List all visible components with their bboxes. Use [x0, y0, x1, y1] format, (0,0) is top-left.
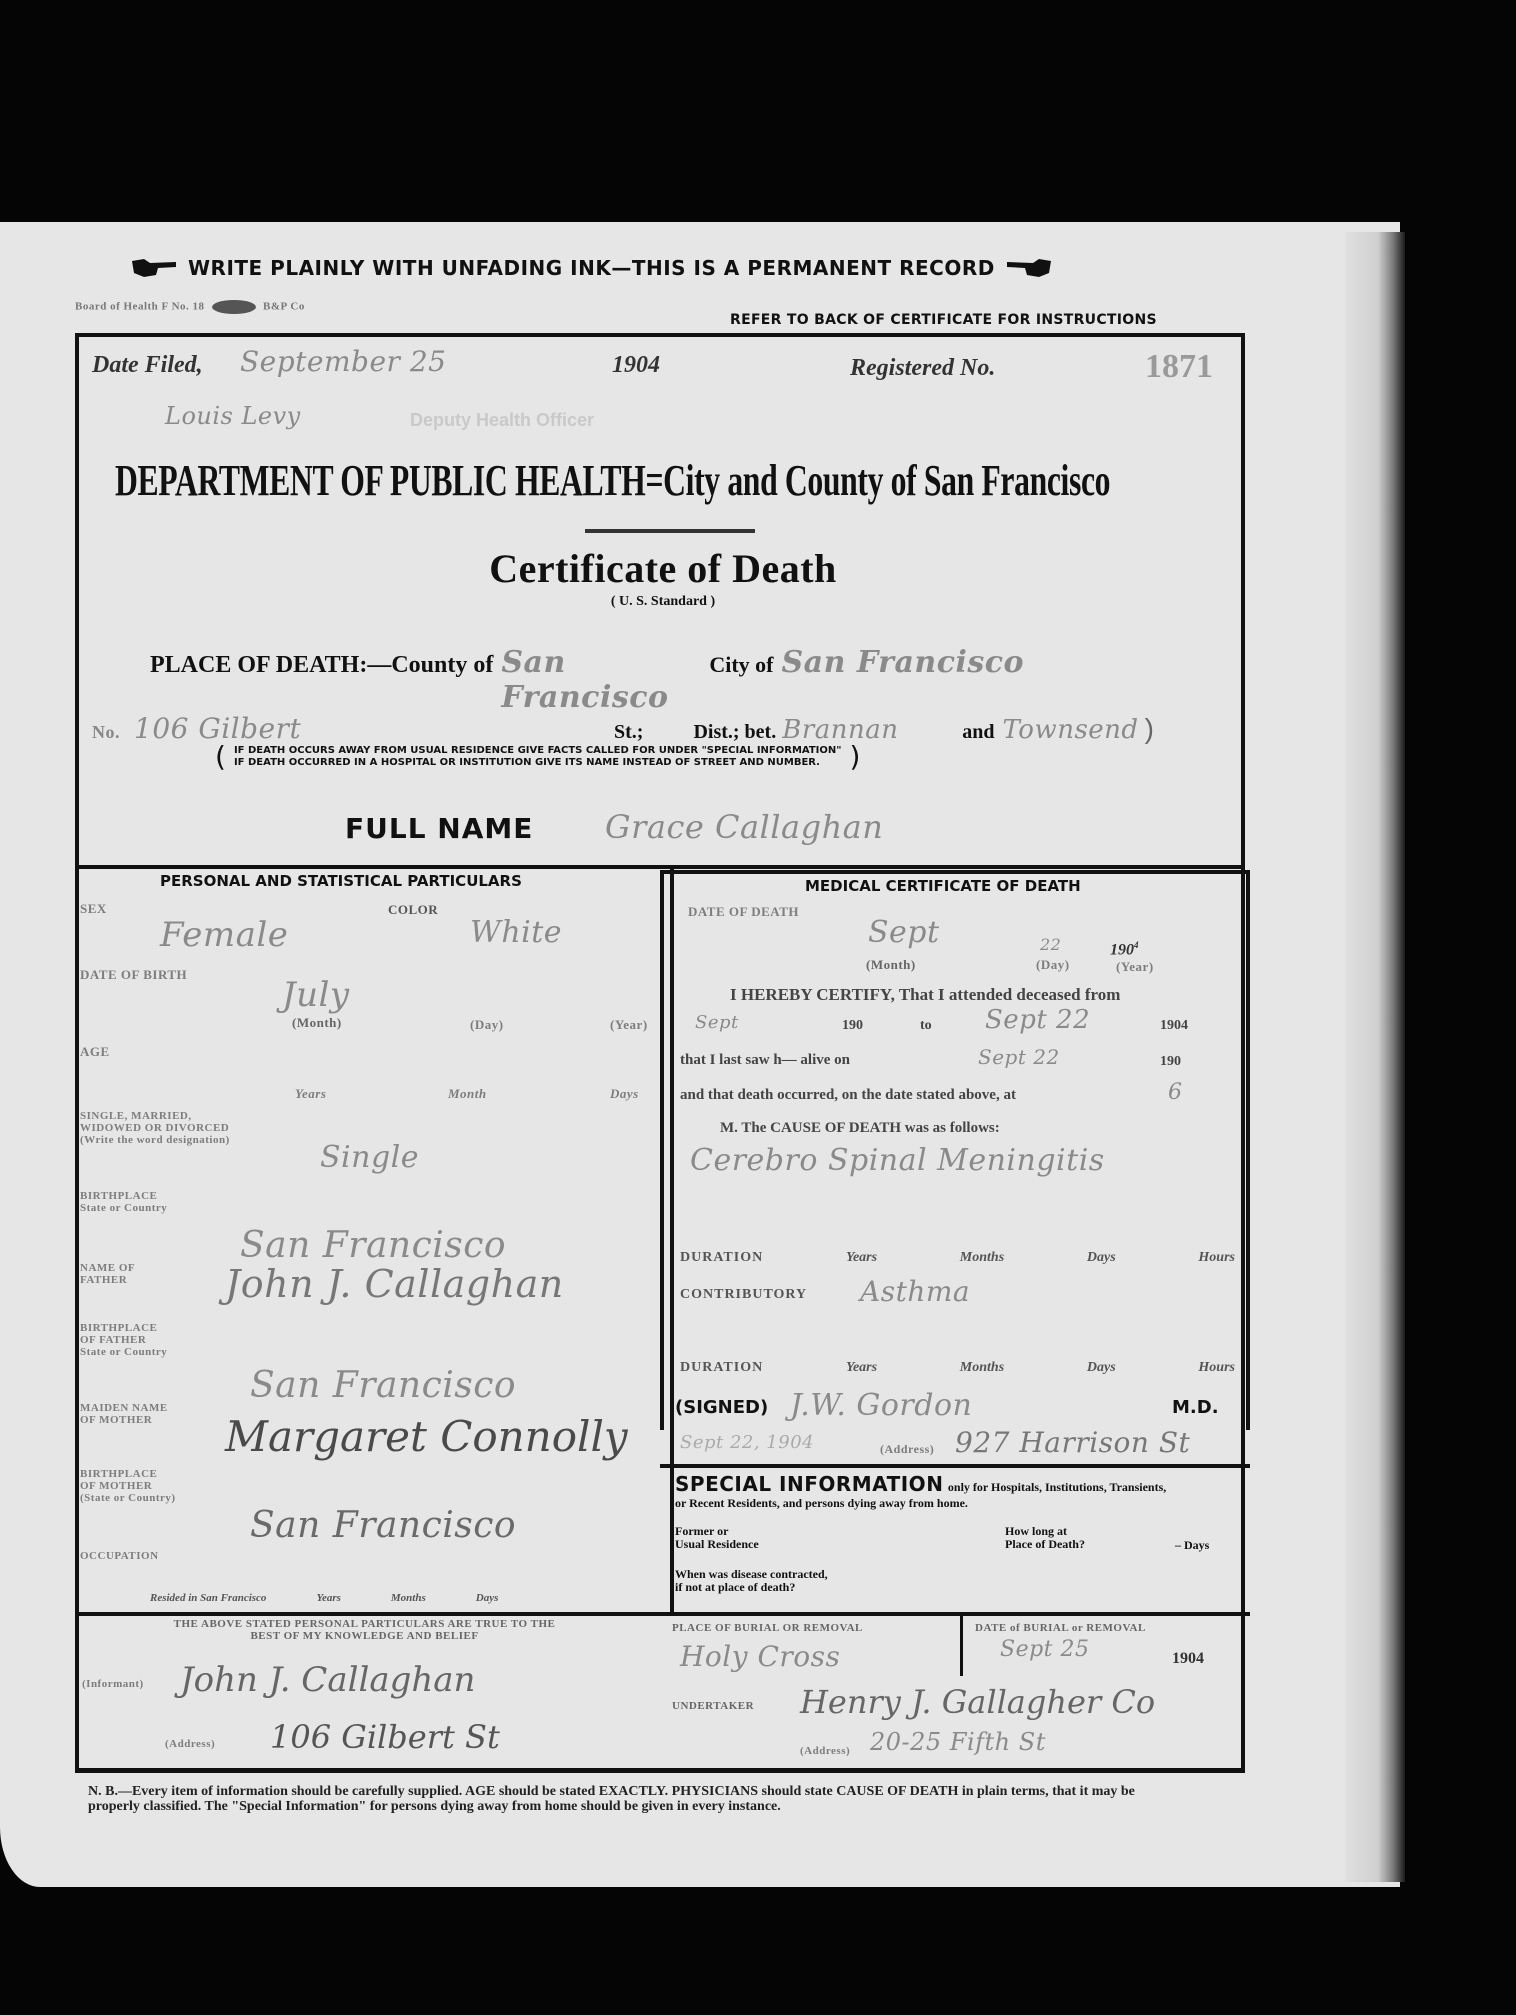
physician-signature: J.W. Gordon: [790, 1388, 972, 1423]
marital-label: SINGLE, MARRIED, WIDOWED OR DIVORCED (Wr…: [80, 1110, 230, 1146]
mother-value: Margaret Connolly: [225, 1412, 628, 1461]
mother-label: MAIDEN NAME OF MOTHER: [80, 1402, 168, 1426]
attended-to: Sept 22: [985, 1005, 1090, 1035]
cross-street-1: Brannan: [782, 715, 942, 745]
printer-name: B&P Co: [263, 301, 305, 313]
residence-note: ( IF DEATH OCCURS AWAY FROM USUAL RESIDE…: [215, 745, 860, 769]
undertaker-label: UNDERTAKER: [672, 1700, 754, 1713]
physician-address-label: (Address): [880, 1443, 934, 1456]
father-label: NAME OF FATHER: [80, 1262, 135, 1286]
informant-name: John J. Callaghan: [180, 1660, 475, 1700]
special-divider: [660, 1464, 1250, 1468]
attended-from-year: 190: [842, 1018, 863, 1034]
personal-heading: PERSONAL AND STATISTICAL PARTICULARS: [160, 872, 522, 890]
city-label: City of: [709, 652, 773, 678]
informant-label: (Informant): [82, 1678, 144, 1691]
date-filed-value: September 25: [240, 345, 446, 378]
informant-address: 106 Gilbert St: [270, 1718, 500, 1756]
registrar-signature: Louis Levy: [165, 402, 301, 430]
undertaker-name: Henry J. Gallagher Co: [800, 1683, 1155, 1721]
place-of-death-row: PLACE OF DEATH:—County of San Francisco …: [150, 645, 1024, 715]
color-value: White: [470, 915, 562, 950]
section-divider: [75, 865, 1245, 869]
county-value: San Francisco: [501, 645, 701, 715]
residence-note-line2: IF DEATH OCCURRED IN A HOSPITAL OR INSTI…: [234, 757, 842, 769]
death-day-label: (Day): [1036, 958, 1070, 971]
resided-months-label: Months: [391, 1592, 426, 1604]
contributory-label: CONTRIBUTORY: [680, 1287, 807, 1303]
sign-date: Sept 22, 1904: [680, 1432, 814, 1453]
district-label: Dist.; bet.: [693, 721, 776, 744]
burial-year: 1904: [1172, 1650, 1204, 1668]
cause-intro: M. The CAUSE OF DEATH was as follows:: [720, 1120, 1000, 1137]
burial-column-divider: [960, 1616, 963, 1676]
registered-number: 1871: [1145, 348, 1213, 386]
deputy-stamp: Deputy Health Officer: [410, 410, 594, 431]
last-saw-year: 190: [1160, 1054, 1181, 1070]
bottom-rule: [75, 1768, 1245, 1773]
closing-paren: ): [1145, 713, 1154, 745]
marital-value: Single: [320, 1140, 419, 1175]
certificate-title: Certificate of Death: [0, 545, 1326, 592]
mother-birthplace-value: San Francisco: [250, 1505, 516, 1546]
death-month-label: (Month): [866, 958, 916, 971]
age-days-label: Days: [610, 1087, 639, 1100]
father-value: John J. Callaghan: [225, 1262, 564, 1306]
department-title: DEPARTMENT OF PUBLIC HEALTH=City and Cou…: [115, 455, 1225, 506]
age-months-label: Month: [448, 1087, 487, 1100]
signed-label: (SIGNED): [675, 1397, 768, 1418]
cause-of-death: Cerebro Spinal Meningitis: [690, 1143, 1105, 1178]
and-label: and: [962, 721, 994, 744]
dob-day-label: (Day): [470, 1018, 504, 1031]
death-month: Sept: [868, 915, 940, 950]
burial-place: Holy Cross: [680, 1640, 840, 1673]
death-year: 1904: [1110, 940, 1139, 959]
death-year-label: (Year): [1116, 960, 1154, 973]
informant-address-label: (Address): [165, 1738, 215, 1751]
instructions-note: REFER TO BACK OF CERTIFICATE FOR INSTRUC…: [730, 312, 1157, 328]
residence-note-line1: IF DEATH OCCURS AWAY FROM USUAL RESIDENC…: [234, 745, 842, 757]
disease-contracted-label: When was disease contracted, if not at p…: [675, 1568, 828, 1594]
burial-date-label: DATE of BURIAL or REMOVAL: [975, 1622, 1146, 1635]
place-of-death-label: PLACE OF DEATH:—County of: [150, 652, 493, 679]
physician-address: 927 Harrison St: [955, 1426, 1190, 1459]
close-paren: ): [849, 751, 860, 763]
dob-year-label: (Year): [610, 1018, 648, 1031]
address-row: No. 106 Gilbert St.; Dist.; bet. Brannan…: [92, 712, 1154, 745]
street-value: 106 Gilbert: [134, 712, 494, 745]
resided-days-label: Days: [476, 1592, 499, 1604]
street-label: St.;: [614, 721, 643, 744]
father-birthplace-value: San Francisco: [250, 1365, 516, 1406]
filed-year: 1904: [612, 352, 660, 379]
cross-street-2: Townsend: [1002, 715, 1138, 745]
certify-text: I HEREBY CERTIFY, That I attended deceas…: [730, 985, 1120, 1005]
burial-place-label: PLACE OF BURIAL OR REMOVAL: [672, 1622, 863, 1635]
last-saw-date: Sept 22: [978, 1045, 1060, 1069]
dob-label: DATE OF BIRTH: [80, 968, 187, 981]
days-label: – Days: [1175, 1538, 1209, 1553]
dob-month-label: (Month): [292, 1016, 342, 1029]
former-residence-label: Former or Usual Residence: [675, 1525, 759, 1551]
age-years-label: Years: [295, 1087, 326, 1100]
footnote-text: Every item of information should be care…: [88, 1784, 1135, 1814]
death-day: 22: [1040, 935, 1061, 954]
color-label: COLOR: [388, 903, 438, 916]
attended-from: Sept: [695, 1012, 739, 1033]
title-divider: [585, 529, 755, 533]
street-number-label: No.: [92, 726, 120, 739]
mother-birthplace-label: BIRTHPLACE OF MOTHER (State or Country): [80, 1468, 176, 1504]
occurred-text: and that death occurred, on the date sta…: [680, 1087, 1016, 1104]
death-time: 6: [1168, 1080, 1183, 1105]
sex-value: Female: [160, 915, 288, 955]
md-label: M.D.: [1172, 1397, 1219, 1418]
dob-month: July: [282, 975, 350, 1015]
medical-heading: MEDICAL CERTIFICATE OF DEATH: [805, 877, 1081, 895]
undertaker-address-label: (Address): [800, 1745, 850, 1758]
birthplace-label: BIRTHPLACE State or Country: [80, 1190, 167, 1214]
city-value: San Francisco: [782, 645, 1025, 680]
duration-row-1: DURATION Years Months Days Hours: [680, 1250, 1235, 1266]
special-heading: SPECIAL INFORMATION only for Hospitals, …: [675, 1472, 1166, 1511]
printer-seal-icon: [212, 300, 256, 314]
burial-divider: [660, 1612, 1250, 1616]
date-of-death-label: DATE OF DEATH: [688, 905, 799, 918]
form-reference: Board of Health F No. 18 B&P Co: [75, 300, 305, 314]
sex-label: SEX: [80, 902, 107, 915]
resided-years-label: Years: [316, 1592, 340, 1604]
open-paren: (: [215, 751, 226, 763]
form-number: Board of Health F No. 18: [75, 301, 205, 313]
to-label: to: [920, 1018, 932, 1034]
full-name-value: Grace Callaghan: [605, 808, 883, 846]
contributory-value: Asthma: [860, 1275, 970, 1308]
attended-to-year: 1904: [1160, 1018, 1188, 1034]
banner: WRITE PLAINLY WITH UNFADING INK—THIS IS …: [130, 256, 1220, 280]
father-birthplace-label: BIRTHPLACE OF FATHER State or Country: [80, 1322, 167, 1358]
footnote-prefix: N. B.—: [88, 1784, 132, 1799]
resided-row: Resided in San Francisco Years Months Da…: [150, 1592, 498, 1604]
resided-label: Resided in San Francisco: [150, 1592, 266, 1604]
date-filed-label: Date Filed,: [92, 352, 203, 379]
page-edge-shadow: [1345, 232, 1405, 1882]
registered-label: Registered No.: [850, 355, 995, 382]
pointing-hand-icon: [130, 257, 178, 279]
last-saw-text: that I last saw h— alive on: [680, 1052, 850, 1069]
undertaker-address: 20-25 Fifth St: [870, 1728, 1046, 1756]
pointing-hand-icon: [1005, 257, 1053, 279]
banner-text: WRITE PLAINLY WITH UNFADING INK—THIS IS …: [188, 256, 995, 280]
standard-label: ( U. S. Standard ): [0, 592, 1326, 610]
burial-date: Sept 25: [1000, 1637, 1090, 1662]
occupation-label: OCCUPATION: [80, 1550, 159, 1563]
how-long-label: How long at Place of Death?: [1005, 1525, 1085, 1551]
birthplace-value: San Francisco: [240, 1225, 506, 1266]
age-label: AGE: [80, 1045, 110, 1058]
footnote: N. B.—Every item of information should b…: [88, 1784, 1158, 1814]
duration-row-2: DURATION Years Months Days Hours: [680, 1360, 1235, 1376]
full-name-label: FULL NAME: [345, 812, 533, 845]
informant-statement: THE ABOVE STATED PERSONAL PARTICULARS AR…: [82, 1618, 647, 1642]
